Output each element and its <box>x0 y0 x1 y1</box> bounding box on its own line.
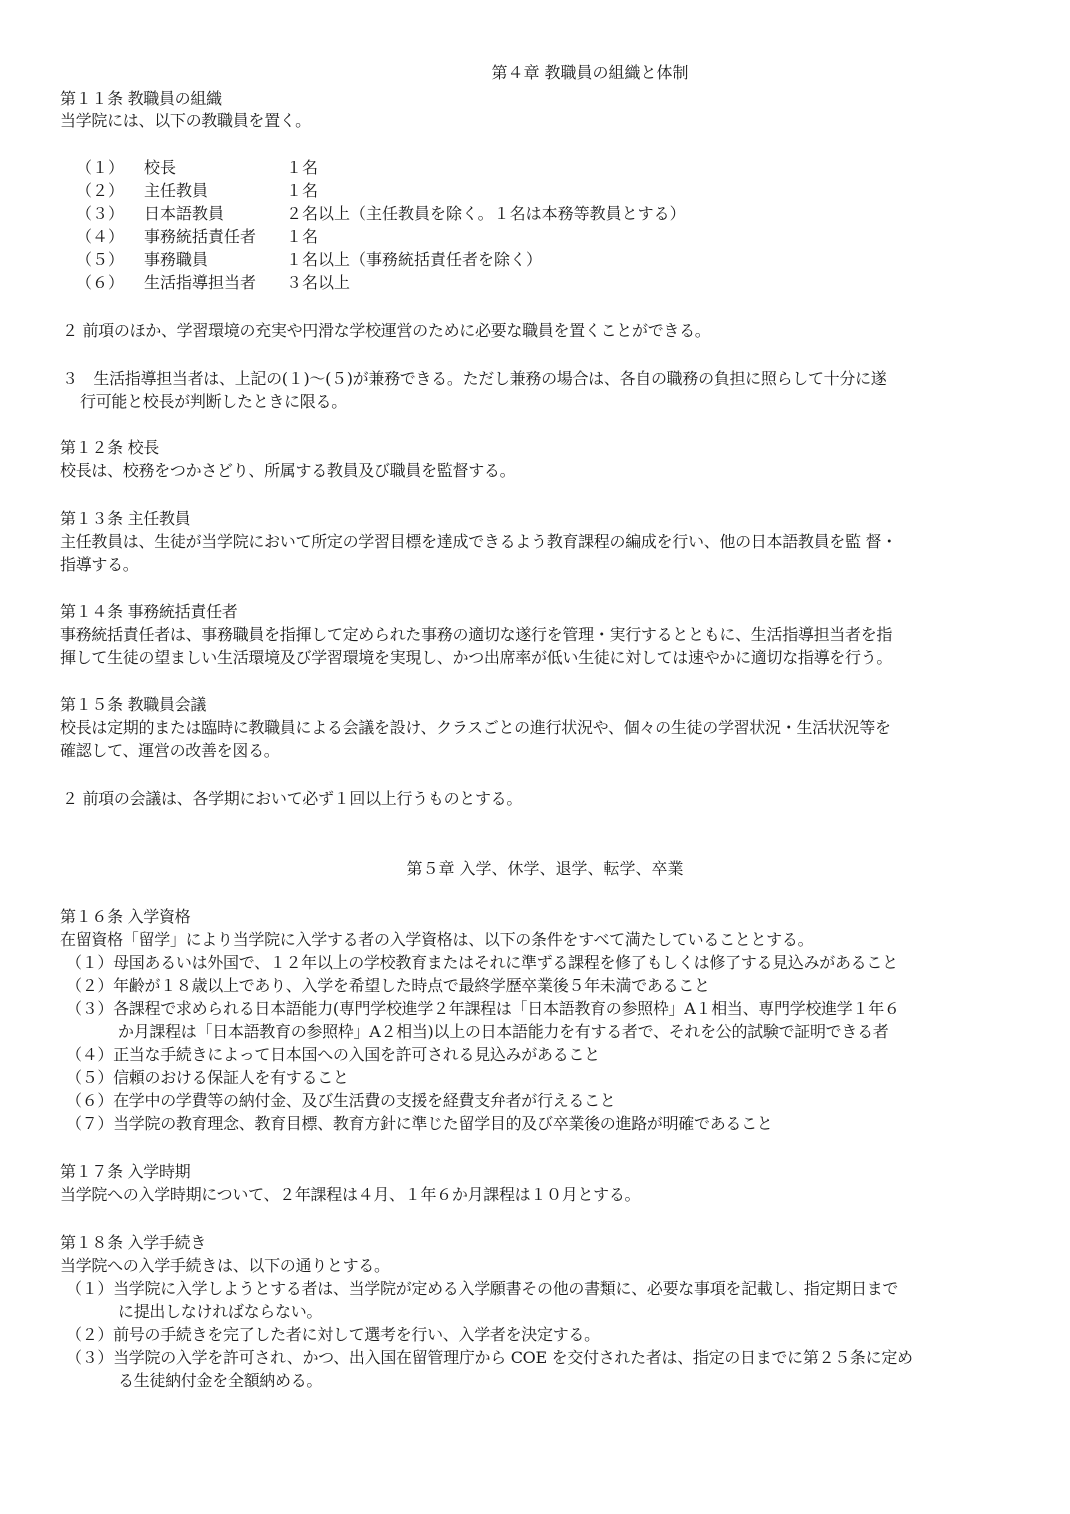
article-11-paragraph-3-cont: 行可能と校長が判断したときに限る。 <box>80 391 347 413</box>
document-page: 第４章 教職員の組織と体制 第１１条 教職員の組織 当学院には、以下の教職員を置… <box>0 0 1070 1514</box>
article-14-body-cont: 揮して生徒の望ましい生活環境及び学習環境を実現し、かつ出席率が低い生徒に対しては… <box>60 647 892 669</box>
list-item-cont: か月課程は「日本語教育の参照枠」A２相当)以上の日本語能力を有する者で、それを公… <box>118 1021 888 1043</box>
article-15-body: 校長は定期的または臨時に教職員による会議を設け、クラスごとの進行状況や、個々の生… <box>60 717 891 739</box>
article-13-heading: 第１３条 主任教員 <box>60 508 190 530</box>
list-item: （６）在学中の学費等の納付金、及び生活費の支援を経費支弁者が行えること <box>66 1090 616 1112</box>
article-11-paragraph-2: ２ 前項のほか、学習環境の充実や円滑な学校運営のために必要な職員を置くことができ… <box>62 320 711 342</box>
list-item: （２）年齢が１８歳以上であり、入学を希望した時点で最終学歴卒業後５年未満であるこ… <box>66 975 710 997</box>
article-15-paragraph-2: ２ 前項の会議は、各学期において必ず１回以上行うものとする。 <box>62 788 522 810</box>
list-item-cont: る生徒納付金を全額納める。 <box>118 1370 322 1392</box>
article-14-body: 事務統括責任者は、事務職員を指揮して定められた事務の適切な遂行を管理・実行すると… <box>60 624 892 646</box>
article-13-body-cont: 指導する。 <box>60 554 139 576</box>
list-item: （４）正当な手続きによって日本国への入国を許可される見込みがあること <box>66 1044 600 1066</box>
list-item: （１）当学院に入学しようとする者は、当学院が定める入学願書その他の書類に、必要な… <box>66 1278 898 1300</box>
article-15-heading: 第１５条 教職員会議 <box>60 694 206 716</box>
article-11-intro: 当学院には、以下の教職員を置く。 <box>60 110 311 132</box>
article-14-heading: 第１４条 事務統括責任者 <box>60 601 238 623</box>
list-item: （５）信頼のおける保証人を有すること <box>66 1067 349 1089</box>
list-item: （１）母国あるいは外国で、１２年以上の学校教育またはそれに準ずる課程を修了もしく… <box>66 952 898 974</box>
article-16-intro: 在留資格「留学」により当学院に入学する者の入学資格は、以下の条件をすべて満たして… <box>60 929 813 951</box>
article-16-heading: 第１６条 入学資格 <box>60 906 190 928</box>
list-item: （２）前号の手続きを完了した者に対して選考を行い、入学者を決定する。 <box>66 1324 600 1346</box>
list-item: （３）当学院の入学を許可され、かつ、出入国在留管理庁から COE を交付された者… <box>66 1347 913 1369</box>
article-18-heading: 第１８条 入学手続き <box>60 1232 206 1254</box>
list-item: （３）各課程で求められる日本語能力(専門学校進学２年課程は「日本語教育の参照枠」… <box>66 998 900 1020</box>
article-12-heading: 第１２条 校長 <box>60 437 159 459</box>
list-item-cont: に提出しなければならない。 <box>118 1301 322 1323</box>
article-13-body: 主任教員は、生徒が当学院において所定の学習目標を達成できるよう教育課程の編成を行… <box>60 531 897 553</box>
article-11-paragraph-3: ３ 生活指導担当者は、上記の(１)～(５)が兼務できる。ただし兼務の場合は、各自… <box>62 368 886 390</box>
article-18-intro: 当学院への入学手続きは、以下の通りとする。 <box>60 1255 390 1277</box>
chapter-4-title: 第４章 教職員の組織と体制 <box>0 62 1070 84</box>
list-item: （７）当学院の教育理念、教育目標、教育方針に準じた留学目的及び卒業後の進路が明確… <box>66 1113 773 1135</box>
chapter-5-title: 第５章 入学、休学、退学、転学、卒業 <box>0 858 1070 880</box>
article-17-body: 当学院への入学時期について、２年課程は４月、１年６か月課程は１０月とする。 <box>60 1184 640 1206</box>
article-15-body-cont: 確認して、運営の改善を図る。 <box>60 740 279 762</box>
article-12-body: 校長は、校務をつかさどり、所属する教員及び職員を監督する。 <box>60 460 515 482</box>
article-17-heading: 第１７条 入学時期 <box>60 1161 190 1183</box>
article-11-heading: 第１１条 教職員の組織 <box>60 88 222 110</box>
